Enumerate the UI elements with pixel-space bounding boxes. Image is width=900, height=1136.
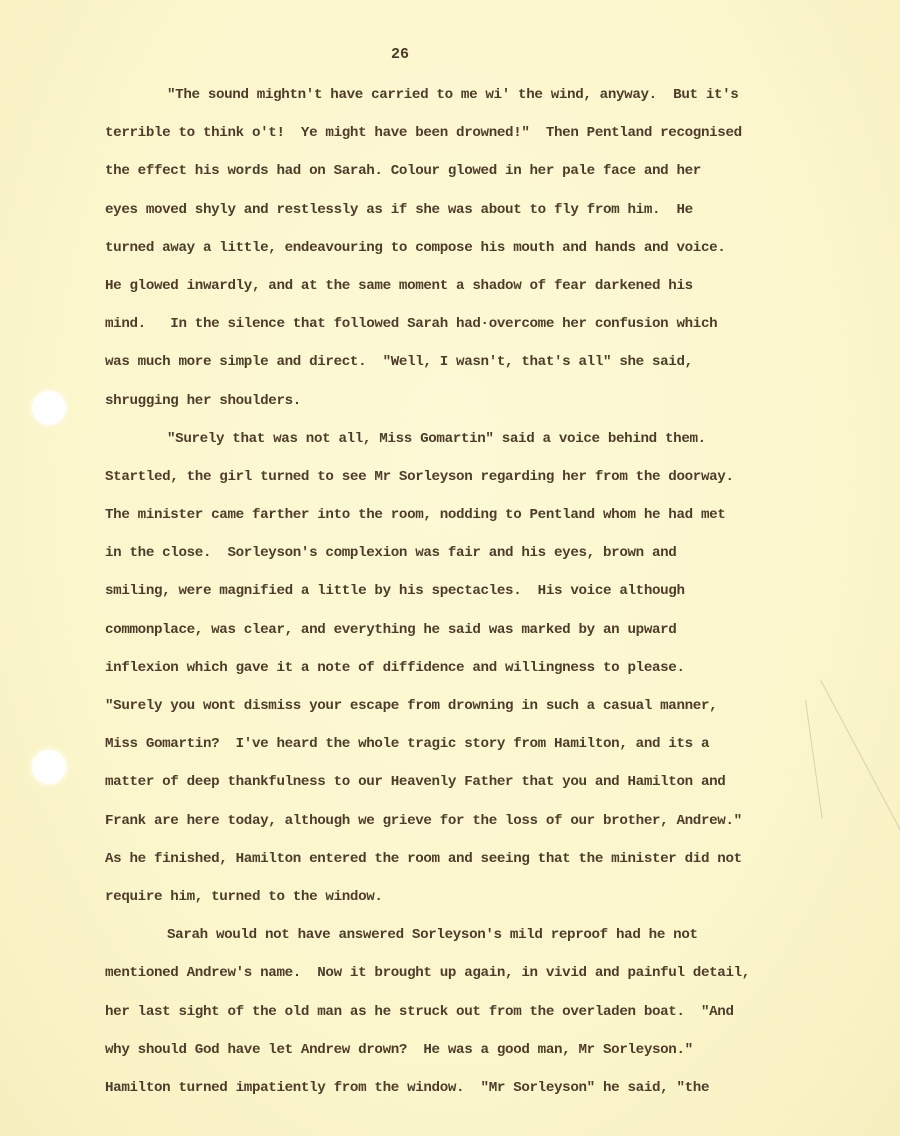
text-line: Startled, the girl turned to see Mr Sorl… bbox=[105, 465, 885, 503]
text-line: smiling, were magnified a little by his … bbox=[105, 579, 885, 617]
text-line: The minister came farther into the room,… bbox=[105, 503, 885, 541]
text-line: Hamilton turned impatiently from the win… bbox=[105, 1076, 885, 1114]
punch-hole-bottom bbox=[32, 750, 66, 784]
text-line: turned away a little, endeavouring to co… bbox=[105, 236, 885, 274]
page-number: 26 bbox=[0, 46, 800, 63]
text-line: shrugging her shoulders. bbox=[105, 389, 885, 427]
text-line: terrible to think o't! Ye might have bee… bbox=[105, 121, 885, 159]
text-line: was much more simple and direct. "Well, … bbox=[105, 350, 885, 388]
text-line: inflexion which gave it a note of diffid… bbox=[105, 656, 885, 694]
text-line: the effect his words had on Sarah. Colou… bbox=[105, 159, 885, 197]
text-line: Sarah would not have answered Sorleyson'… bbox=[105, 923, 885, 961]
text-line: mentioned Andrew's name. Now it brought … bbox=[105, 961, 885, 999]
text-line: why should God have let Andrew drown? He… bbox=[105, 1038, 885, 1076]
text-line: in the close. Sorleyson's complexion was… bbox=[105, 541, 885, 579]
typed-text: "The sound mightn't have carried to me w… bbox=[105, 83, 885, 1114]
text-line: As he finished, Hamilton entered the roo… bbox=[105, 847, 885, 885]
text-line: Frank are here today, although we grieve… bbox=[105, 809, 885, 847]
punch-hole-top bbox=[32, 391, 66, 425]
text-line: her last sight of the old man as he stru… bbox=[105, 1000, 885, 1038]
text-line: require him, turned to the window. bbox=[105, 885, 885, 923]
text-line: matter of deep thankfulness to our Heave… bbox=[105, 770, 885, 808]
text-line: eyes moved shyly and restlessly as if sh… bbox=[105, 198, 885, 236]
text-line: Miss Gomartin? I've heard the whole trag… bbox=[105, 732, 885, 770]
text-line: He glowed inwardly, and at the same mome… bbox=[105, 274, 885, 312]
document-page: 26 "The sound mightn't have carried to m… bbox=[0, 0, 900, 1136]
text-line: mind. In the silence that followed Sarah… bbox=[105, 312, 885, 350]
text-line: "The sound mightn't have carried to me w… bbox=[105, 83, 885, 121]
text-line: "Surely you wont dismiss your escape fro… bbox=[105, 694, 885, 732]
text-line: commonplace, was clear, and everything h… bbox=[105, 618, 885, 656]
text-line: "Surely that was not all, Miss Gomartin"… bbox=[105, 427, 885, 465]
